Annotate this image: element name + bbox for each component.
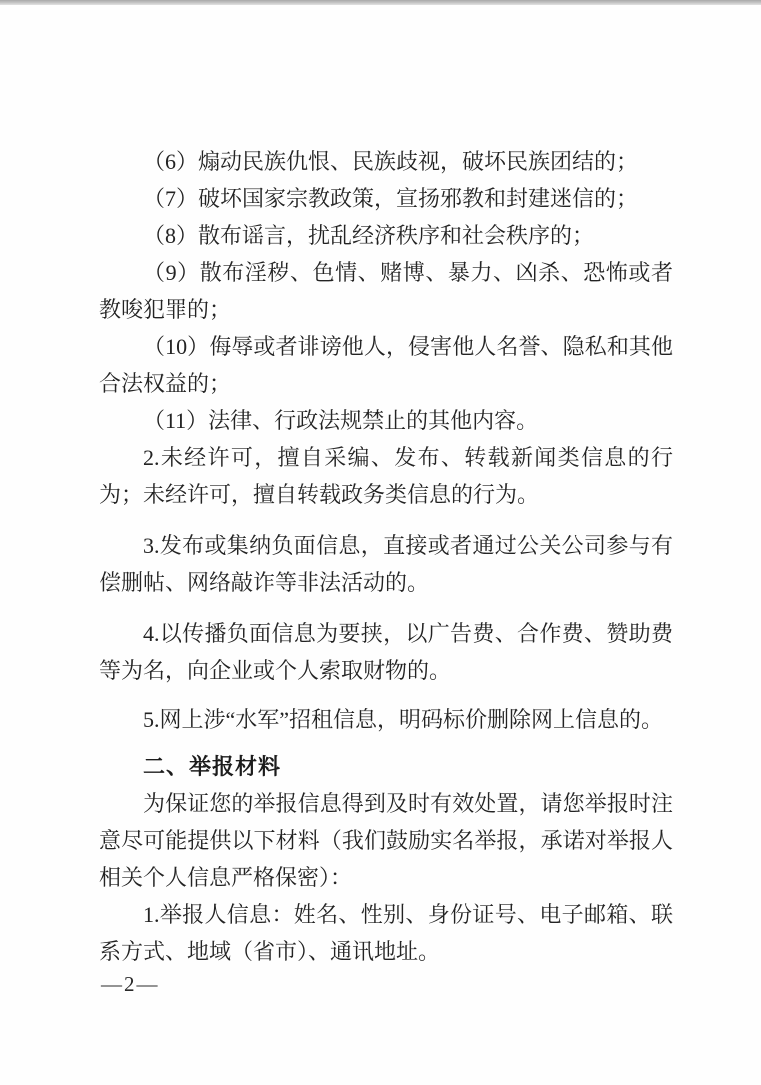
behavior-item-5: 5.网上涉“水军”招租信息，明码标价删除网上信息的。 xyxy=(99,701,673,738)
prohibited-item-10: （10）侮辱或者诽谤他人，侵害他人名誉、隐私和其他合法权益的； xyxy=(99,328,673,402)
scan-top-edge xyxy=(0,0,761,5)
behavior-item-3: 3.发布或集纳负面信息，直接或者通过公关公司参与有偿删帖、网络敲诈等非法活动的。 xyxy=(99,527,673,601)
prohibited-item-6: （6）煽动民族仇恨、民族歧视，破坏民族团结的； xyxy=(99,143,673,180)
behavior-item-2: 2.未经许可，擅自采编、发布、转载新闻类信息的行为；未经许可，擅自转载政务类信息… xyxy=(99,439,673,513)
prohibited-item-7: （7）破坏国家宗教政策，宣扬邪教和封建迷信的； xyxy=(99,180,673,217)
section-heading-materials: 二、举报材料 xyxy=(99,748,673,785)
reporter-info-paragraph: 1.举报人信息：姓名、性别、身份证号、电子邮箱、联系方式、地域（省市）、通讯地址… xyxy=(99,896,673,970)
behavior-item-4: 4.以传播负面信息为要挟，以广告费、合作费、赞助费等为名，向企业或个人索取财物的… xyxy=(99,615,673,689)
prohibited-item-11: （11）法律、行政法规禁止的其他内容。 xyxy=(99,402,673,439)
page-number: —2— xyxy=(101,972,160,996)
document-body: （6）煽动民族仇恨、民族歧视，破坏民族团结的； （7）破坏国家宗教政策，宣扬邪教… xyxy=(99,143,673,970)
scanned-document-page: （6）煽动民族仇恨、民族歧视，破坏民族团结的； （7）破坏国家宗教政策，宣扬邪教… xyxy=(0,0,761,1085)
materials-intro-paragraph: 为保证您的举报信息得到及时有效处置，请您举报时注意尽可能提供以下材料（我们鼓励实… xyxy=(99,785,673,896)
prohibited-item-8: （8）散布谣言，扰乱经济秩序和社会秩序的； xyxy=(99,217,673,254)
prohibited-item-9: （9）散布淫秽、色情、赌博、暴力、凶杀、恐怖或者教唆犯罪的； xyxy=(99,254,673,328)
